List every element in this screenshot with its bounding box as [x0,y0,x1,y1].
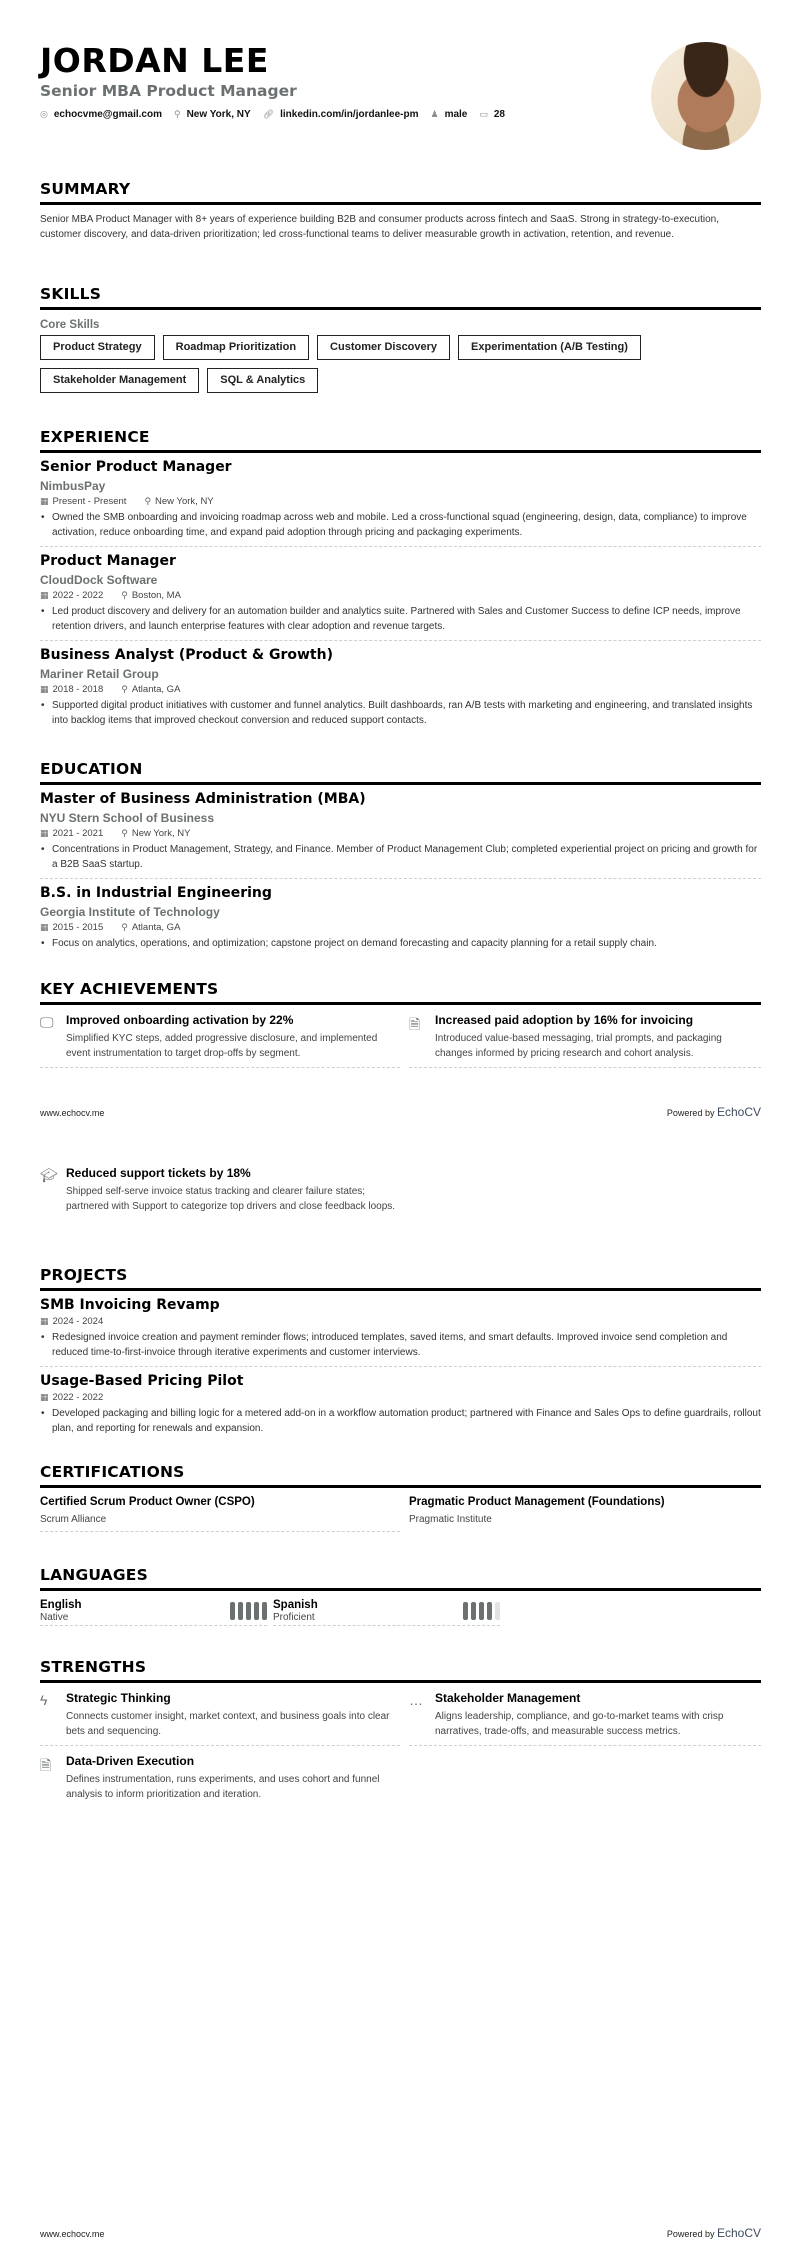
entry-location: New York, NY [155,496,214,507]
experience-entry: Business Analyst (Product & Growth) Mari… [40,647,761,734]
location-pin-icon: ⚲ [121,684,128,695]
strength-desc: Connects customer insight, market contex… [66,1709,400,1739]
rating-bar [495,1602,500,1620]
contact-gender: ♟ male [430,109,467,120]
education-entry: B.S. in Industrial Engineering Georgia I… [40,885,761,957]
rating-bar [262,1602,267,1620]
projects-section: PROJECTS SMB Invoicing Revamp ▦ 2024 - 2… [40,1266,761,1448]
certifications-section: CERTIFICATIONS Certified Scrum Product O… [40,1463,761,1532]
person-icon: ♟ [430,109,438,120]
section-title-languages: LANGUAGES [40,1566,761,1591]
section-title-certifications: CERTIFICATIONS [40,1463,761,1488]
language-item: Spanish Proficient [273,1599,500,1626]
achievement-desc: Shipped self-serve invoice status tracki… [66,1184,400,1214]
strength-title: Stakeholder Management [435,1691,761,1705]
page-footer: www.echocv.me Powered by EchoCV [40,2226,761,2240]
entry-meta: ▦ 2022 - 2022 ⚲ Boston, MA [40,590,761,601]
project-title: Usage-Based Pricing Pilot [40,1373,761,1389]
certification-issuer: Pragmatic Institute [409,1514,761,1525]
skill-chip: SQL & Analytics [207,368,318,393]
footer-brand[interactable]: EchoCV [717,1105,761,1119]
file-chart-icon: 🗎︎ [40,1754,66,1802]
achievements-continued: 🎓︎ Reduced support tickets by 18% Shippe… [40,1166,761,1220]
footer-powered-by: Powered by EchoCV [667,1105,761,1119]
strength-desc: Defines instrumentation, runs experiment… [66,1772,400,1802]
strengths-section: STRENGTHS ϟ Strategic Thinking Connects … [40,1658,761,1808]
page-footer: www.echocv.me Powered by EchoCV [40,1105,761,1119]
entry-location: New York, NY [132,828,191,839]
strength-item: 🗎︎ Data-Driven Execution Defines instrum… [40,1754,400,1808]
rating-bar [254,1602,259,1620]
contact-age-text: 28 [494,109,505,120]
project-title: SMB Invoicing Revamp [40,1297,761,1313]
footer-site-link[interactable]: www.echocv.me [40,1108,104,1118]
location-icon: ⚲ [174,109,181,120]
skill-chip: Product Strategy [40,335,155,360]
entry-meta: ▦ Present - Present ⚲ New York, NY [40,496,761,507]
language-item: English Native [40,1599,267,1626]
footer-site-link[interactable]: www.echocv.me [40,2229,104,2239]
certification-item: Pragmatic Product Management (Foundation… [409,1496,761,1532]
achievement-title: Improved onboarding activation by 22% [66,1013,400,1027]
resume-page-1: JORDAN LEE Senior MBA Product Manager ◎ … [0,0,794,1123]
skill-chip: Stakeholder Management [40,368,199,393]
experience-entry: Senior Product Manager NimbusPay ▦ Prese… [40,459,761,547]
language-level: Proficient [273,1612,318,1623]
rating-bar [246,1602,251,1620]
skill-chip: Roadmap Prioritization [163,335,309,360]
calendar-icon: ▦ [40,590,49,601]
calendar-icon: ▦ [40,828,49,839]
job-title: Business Analyst (Product & Growth) [40,647,761,663]
achievement-title: Increased paid adoption by 16% for invoi… [435,1013,761,1027]
entry-bullet: Supported digital product initiatives wi… [40,698,761,728]
section-title-summary: SUMMARY [40,180,761,205]
entry-bullet: Owned the SMB onboarding and invoicing r… [40,510,761,540]
company-name: NimbusPay [40,479,761,493]
entry-dates: 2015 - 2015 [53,922,104,933]
footer-powered-by: Powered by EchoCV [667,2226,761,2240]
footer-brand[interactable]: EchoCV [717,2226,761,2240]
certification-issuer: Scrum Alliance [40,1514,400,1525]
project-entry: SMB Invoicing Revamp ▦ 2024 - 2024 Redes… [40,1297,761,1367]
experience-section: EXPERIENCE Senior Product Manager Nimbus… [40,428,761,740]
calendar-icon: ▦ [40,922,49,933]
entry-dates: 2018 - 2018 [53,684,104,695]
entry-bullet: Focus on analytics, operations, and opti… [40,936,761,951]
entry-location: Atlanta, GA [132,684,181,695]
rating-bar [230,1602,235,1620]
summary-text: Senior MBA Product Manager with 8+ years… [40,212,761,242]
skill-chips: Product Strategy Roadmap Prioritization … [40,335,761,401]
contact-email-text: echocvme@gmail.com [54,109,162,120]
job-title: Product Manager [40,553,761,569]
achievement-item: 🎓︎ Reduced support tickets by 18% Shippe… [40,1166,400,1220]
location-pin-icon: ⚲ [121,922,128,933]
languages-section: LANGUAGES English Native Spanish Profici… [40,1566,761,1626]
email-icon: ◎ [40,109,48,120]
company-name: CloudDock Software [40,573,761,587]
job-title: Senior Product Manager [40,459,761,475]
achievement-desc: Introduced value-based messaging, trial … [435,1031,761,1061]
degree-title: B.S. in Industrial Engineering [40,885,761,901]
entry-dates: Present - Present [53,496,127,507]
monitor-icon: 🖵︎ [40,1013,66,1061]
section-title-experience: EXPERIENCE [40,428,761,453]
entry-meta: ▦ 2024 - 2024 [40,1316,761,1327]
calendar-icon: ▦ [40,1316,49,1327]
avatar [651,42,761,150]
strength-item: ϟ Strategic Thinking Connects customer i… [40,1691,400,1746]
summary-section: SUMMARY Senior MBA Product Manager with … [40,180,761,242]
entry-dates: 2021 - 2021 [53,828,104,839]
achievement-title: Reduced support tickets by 18% [66,1166,400,1180]
section-title-achievements: KEY ACHIEVEMENTS [40,980,761,1005]
entry-dates: 2022 - 2022 [53,1392,104,1403]
achievement-desc: Simplified KYC steps, added progressive … [66,1031,400,1061]
section-title-strengths: STRENGTHS [40,1658,761,1683]
contact-linkedin-text: linkedin.com/in/jordanlee-pm [280,109,418,120]
entry-dates: 2022 - 2022 [53,590,104,601]
school-name: Georgia Institute of Technology [40,905,761,919]
entry-dates: 2024 - 2024 [53,1316,104,1327]
strength-desc: Aligns leadership, compliance, and go-to… [435,1709,761,1739]
language-list: English Native Spanish Proficient [40,1599,761,1626]
skill-chip: Experimentation (A/B Testing) [458,335,641,360]
contact-linkedin[interactable]: 🔗︎ linkedin.com/in/jordanlee-pm [263,109,419,120]
strength-title: Data-Driven Execution [66,1754,400,1768]
section-title-education: EDUCATION [40,760,761,785]
language-level: Native [40,1612,82,1623]
entry-location: Atlanta, GA [132,922,181,933]
education-section: EDUCATION Master of Business Administrat… [40,760,761,963]
contact-gender-text: male [445,109,468,120]
language-name: Spanish [273,1599,318,1611]
education-entry: Master of Business Administration (MBA) … [40,791,761,879]
skills-section: SKILLS Core Skills Product Strategy Road… [40,285,761,401]
location-pin-icon: ⚲ [121,590,128,601]
candidate-name: JORDAN LEE [40,44,761,77]
contact-age: ▭ 28 [479,109,505,120]
company-name: Mariner Retail Group [40,667,761,681]
experience-entry: Product Manager CloudDock Software ▦ 202… [40,553,761,641]
rating-bar [238,1602,243,1620]
certification-item: Certified Scrum Product Owner (CSPO) Scr… [40,1496,400,1532]
link-icon: 🔗︎ [263,109,274,120]
entry-location: Boston, MA [132,590,181,601]
file-check-icon: 🗎︎ [409,1013,435,1061]
achievement-item: 🗎︎ Increased paid adoption by 16% for in… [409,1013,761,1068]
school-name: NYU Stern School of Business [40,811,761,825]
entry-meta: ▦ 2015 - 2015 ⚲ Atlanta, GA [40,922,761,933]
graduation-cap-icon: 🎓︎ [40,1166,66,1214]
contact-location: ⚲ New York, NY [174,109,251,120]
section-title-skills: SKILLS [40,285,761,310]
entry-bullet: Developed packaging and billing logic fo… [40,1406,761,1436]
lightning-icon: ϟ [40,1691,66,1739]
language-rating [460,1602,500,1620]
calendar-icon: ▭ [479,109,488,120]
language-name: English [40,1599,82,1611]
strength-title: Strategic Thinking [66,1691,400,1705]
entry-bullet: Concentrations in Product Management, St… [40,842,761,872]
skill-chip: Customer Discovery [317,335,450,360]
entry-bullet: Led product discovery and delivery for a… [40,604,761,634]
resume-page-2: 🎓︎ Reduced support tickets by 18% Shippe… [0,1123,794,2246]
rating-bar [463,1602,468,1620]
certification-title: Certified Scrum Product Owner (CSPO) [40,1496,400,1508]
section-title-projects: PROJECTS [40,1266,761,1291]
degree-title: Master of Business Administration (MBA) [40,791,761,807]
calendar-icon: ▦ [40,684,49,695]
entry-meta: ▦ 2022 - 2022 [40,1392,761,1403]
calendar-icon: ▦ [40,1392,49,1403]
entry-meta: ▦ 2021 - 2021 ⚲ New York, NY [40,828,761,839]
certification-title: Pragmatic Product Management (Foundation… [409,1496,761,1508]
rating-bar [479,1602,484,1620]
entry-bullet: Redesigned invoice creation and payment … [40,1330,761,1360]
entry-meta: ▦ 2018 - 2018 ⚲ Atlanta, GA [40,684,761,695]
location-pin-icon: ⚲ [121,828,128,839]
rating-bar [471,1602,476,1620]
language-rating [227,1602,267,1620]
contact-location-text: New York, NY [187,109,251,120]
contact-email[interactable]: ◎ echocvme@gmail.com [40,109,162,120]
skills-subtitle: Core Skills [40,319,761,331]
location-pin-icon: ⚲ [144,496,151,507]
achievement-item: 🖵︎ Improved onboarding activation by 22%… [40,1013,400,1068]
project-entry: Usage-Based Pricing Pilot ▦ 2022 - 2022 … [40,1373,761,1442]
rating-bar [487,1602,492,1620]
achievements-section: KEY ACHIEVEMENTS 🖵︎ Improved onboarding … [40,980,761,1068]
ellipsis-icon: … [409,1691,435,1739]
strength-item: … Stakeholder Management Aligns leadersh… [409,1691,761,1746]
calendar-icon: ▦ [40,496,49,507]
